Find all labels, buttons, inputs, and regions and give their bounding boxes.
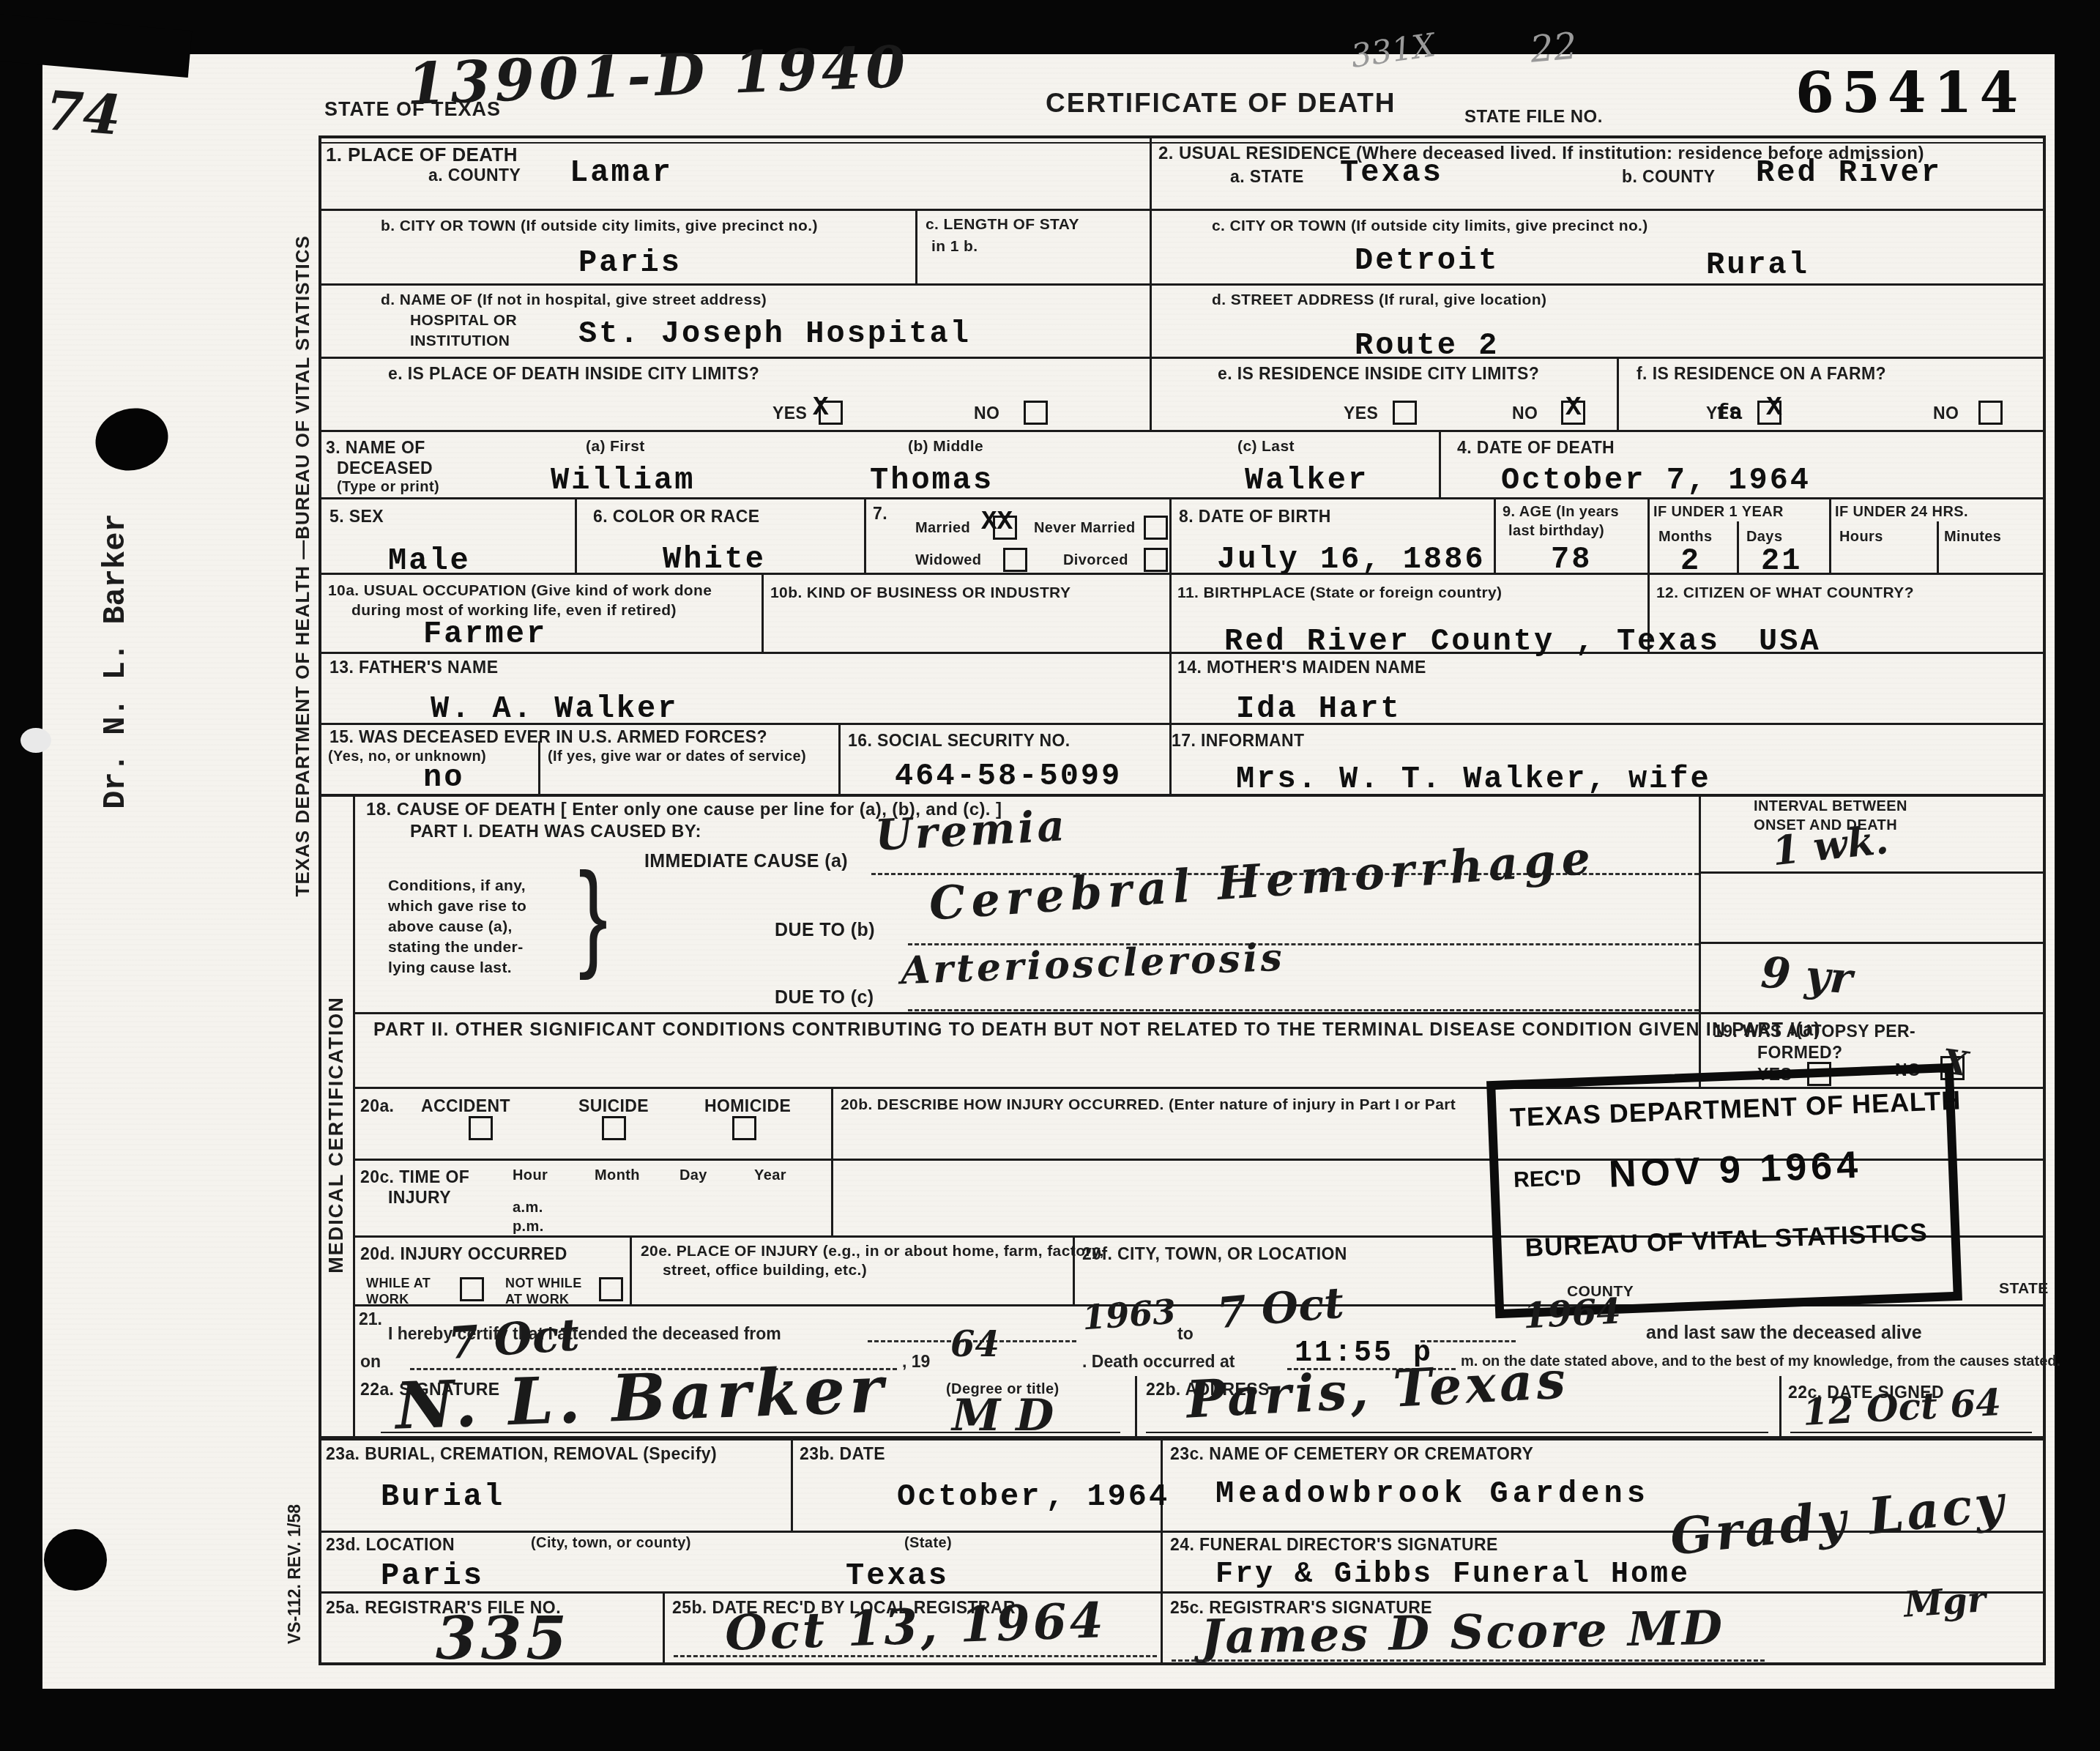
sec2-farm-overtype: fa — [1716, 401, 1743, 426]
sec9-age-value: 78 — [1551, 542, 1592, 577]
sec2-rural-value: Rural — [1706, 248, 1809, 283]
physician-degree: M D — [952, 1390, 1054, 1441]
sec1-stay-label2: in 1 b. — [931, 238, 978, 256]
sec1-limits-label: e. IS PLACE OF DEATH INSIDE CITY LIMITS? — [388, 364, 759, 384]
sec10a-value: Farmer — [423, 617, 547, 652]
sec23c-label: 23c. NAME OF CEMETERY OR CREMATORY — [1170, 1444, 1533, 1464]
sec3-label2: DECEASED — [337, 458, 433, 478]
sec23b-label: 23b. DATE — [800, 1444, 885, 1464]
sec12-value: USA — [1759, 624, 1821, 659]
sec20e-label1: 20e. PLACE OF INJURY (e.g., in or about … — [641, 1243, 1104, 1260]
sec5-value: Male — [388, 543, 471, 579]
checkbox-while-at-work — [460, 1277, 484, 1301]
sec13-value: W. A. Walker — [431, 691, 678, 726]
sec1-city-value: Paris — [578, 245, 682, 280]
sec20d-label: 20d. INJURY OCCURRED — [360, 1244, 567, 1264]
sec20a-label: 20a. — [360, 1096, 394, 1116]
stamp-line3: BUREAU OF VITAL STATISTICS — [1524, 1218, 1928, 1263]
sec5-label: 5. SEX — [329, 507, 384, 527]
sec9-minutes-label: Minutes — [1944, 529, 2001, 546]
checkbox-suicide — [602, 1116, 626, 1140]
header-title: CERTIFICATE OF DEATH — [1046, 88, 1396, 119]
sec1-no-label: NO — [974, 404, 999, 423]
sec20e-label2: street, office building, etc.) — [663, 1262, 867, 1279]
rule-v — [663, 1591, 665, 1662]
sec20c-label1: 20c. TIME OF — [360, 1167, 469, 1187]
sec2-city-value: Detroit — [1355, 243, 1499, 278]
sec20a-accident-label: ACCIDENT — [421, 1096, 510, 1116]
sec23d-state-value: Texas — [846, 1558, 949, 1594]
funeral-home-name: Fry & Gibbs Funeral Home — [1215, 1558, 1690, 1591]
sec1-hospital-label3: INSTITUTION — [410, 332, 510, 350]
rule-v — [353, 794, 355, 1436]
sec7-widowed-label: Widowed — [915, 552, 981, 569]
rule-v — [1494, 497, 1496, 573]
registrar-file-no: 335 — [436, 1604, 571, 1673]
sec9-days-value: 21 — [1761, 543, 1802, 579]
sec4-value: October 7, 1964 — [1501, 463, 1811, 498]
sec6-value: White — [663, 542, 766, 577]
rule-v — [864, 497, 866, 573]
sec7-label: 7. — [873, 504, 887, 524]
checkmark-res-limits-no: X — [1565, 393, 1582, 423]
rule-h — [319, 794, 2044, 797]
sec2-county-label: b. COUNTY — [1622, 167, 1716, 187]
sec21-line2b: , 19 — [902, 1352, 930, 1372]
sec15-label: 15. WAS DECEASED EVER IN U.S. ARMED FORC… — [329, 727, 767, 747]
sec2-farm-no-label: NO — [1933, 404, 1959, 423]
margin-department-vertical: TEXAS DEPARTMENT OF HEALTH —BUREAU OF VI… — [291, 341, 314, 897]
checkbox-farm-no — [1978, 401, 2003, 425]
sec16-value: 464-58-5099 — [895, 759, 1122, 794]
rule-v — [1699, 794, 1701, 1087]
sec10b-label: 10b. KIND OF BUSINESS OR INDUSTRY — [770, 584, 1071, 602]
rule-v — [791, 1436, 793, 1531]
rule-h — [1146, 1432, 1768, 1433]
sec20c-day-label: Day — [679, 1167, 707, 1184]
sec1-county-value: Lamar — [570, 155, 673, 190]
checkmark-married: XX — [981, 507, 1013, 537]
sec21-line1b: and last saw the deceased alive — [1646, 1323, 1922, 1344]
sec20f-state-label: STATE — [1999, 1280, 2049, 1298]
sec2-farm-label: f. IS RESIDENCE ON A FARM? — [1637, 364, 1886, 384]
rule-h — [353, 1012, 2044, 1014]
rule-h — [319, 283, 2044, 286]
rule-h — [319, 357, 2044, 359]
sec20c-am-label: a.m. — [513, 1200, 543, 1216]
state-file-number: 65414 — [1795, 60, 2025, 125]
rule-v — [1439, 430, 1441, 497]
sec19-label1: 19. WAS AUTOPSY PER- — [1713, 1022, 1915, 1041]
sec18-part1: PART I. DEATH WAS CAUSED BY: — [410, 822, 701, 842]
rule-h — [1699, 871, 2044, 874]
rule-h — [319, 1591, 2044, 1594]
sec20a-suicide-label: SUICIDE — [578, 1096, 649, 1116]
sec13-label: 13. FATHER'S NAME — [329, 658, 498, 677]
checkbox-widowed — [1003, 548, 1027, 572]
sec3-last-value: Walker — [1245, 463, 1369, 498]
rule-v — [319, 135, 321, 1665]
sec1-yes-label: YES — [772, 404, 807, 423]
rule-v — [838, 723, 841, 794]
sec3-label3: (Type or print) — [337, 479, 439, 496]
rule-h — [381, 1432, 1120, 1433]
rule-v — [1937, 521, 1939, 573]
funeral-director-title: Mgr — [1902, 1579, 1987, 1626]
sec23d-sub2: (State) — [904, 1535, 952, 1552]
rule-v — [575, 497, 577, 573]
rule-h — [1790, 1432, 2032, 1433]
sec1-hospital-value: St. Joseph Hospital — [578, 316, 971, 352]
sec1-hospital-label2: HOSPITAL OR — [410, 312, 517, 330]
header-file-label: STATE FILE NO. — [1464, 107, 1603, 127]
sec14-label: 14. MOTHER'S MAIDEN NAME — [1177, 658, 1426, 677]
rule-v — [762, 573, 764, 652]
sec2-state-value: Texas — [1340, 155, 1443, 190]
rule-dashed — [1172, 1659, 1765, 1662]
sec15-sub2: (If yes, give war or dates of service) — [548, 748, 806, 765]
sec3-middle-value: Thomas — [870, 463, 994, 498]
sec20c-pm-label: p.m. — [513, 1219, 544, 1235]
sec17-value: Mrs. W. T. Walker, wife — [1236, 762, 1711, 797]
sec18-cond3: above cause (a), — [388, 918, 513, 936]
sec21-year3: 64 — [950, 1324, 999, 1365]
checkmark-farm-yes: X — [1766, 393, 1782, 423]
sec20c-year-label: Year — [754, 1167, 786, 1184]
rule-h — [319, 209, 2044, 211]
sec2-yes-label: YES — [1344, 404, 1378, 423]
film-edge-bottom — [0, 1689, 2100, 1751]
rule-h — [319, 135, 2044, 138]
sec21-number: 21. — [359, 1309, 382, 1329]
rule-v — [630, 1235, 632, 1304]
rule-v — [538, 741, 540, 794]
sec21-date2: 7 Oct — [447, 1309, 581, 1369]
checkbox-accident — [469, 1116, 493, 1140]
sec23b-value2: , 1964 — [1046, 1479, 1169, 1514]
sec18-part2: PART II. OTHER SIGNIFICANT CONDITIONS CO… — [373, 1019, 1821, 1041]
sec20f-label: 20f. CITY, TOWN, OR LOCATION — [1082, 1244, 1347, 1264]
sec21-year1: 1963 — [1081, 1292, 1177, 1338]
sec18-immediate-label: IMMEDIATE CAUSE (a) — [644, 851, 848, 872]
film-edge-right — [2055, 0, 2100, 1751]
checkbox-place-limits-no — [1024, 401, 1048, 425]
sec21-to: to — [1177, 1324, 1194, 1344]
sec9-under24-label: IF UNDER 24 HRS. — [1835, 504, 1968, 521]
sec23d-label: 23d. LOCATION — [326, 1535, 455, 1555]
rule-h — [319, 430, 2044, 432]
sec20b-label: 20b. DESCRIBE HOW INJURY OCCURRED. (Ente… — [841, 1096, 1456, 1114]
rule-v — [1150, 135, 1152, 430]
registrar-signature: James D Score MD — [1200, 1601, 1724, 1665]
cemetery-name: Meadowbrook Gardens — [1215, 1476, 1650, 1512]
rule-v — [831, 1087, 833, 1235]
sec18-cond5: lying cause last. — [388, 959, 512, 977]
ink-blob-bottom — [44, 1529, 107, 1591]
sec19-label2: FORMED? — [1757, 1043, 1843, 1063]
checkmark-place-limits-yes: X — [813, 393, 829, 423]
sec11-value: Red River County , Texas — [1224, 624, 1720, 659]
sec15-value: no — [423, 760, 464, 795]
stamp-line1: TEXAS DEPARTMENT OF HEALTH — [1509, 1085, 1962, 1134]
rule-h — [319, 1662, 2044, 1665]
checkbox-homicide — [732, 1116, 756, 1140]
rule-v — [1737, 521, 1739, 573]
sec18-cond4: stating the under- — [388, 939, 524, 956]
sec9-label1: 9. AGE (In years — [1503, 504, 1619, 521]
rule-v — [2043, 135, 2046, 1665]
sec3-first-label: (a) First — [586, 438, 645, 456]
sec24-label: 24. FUNERAL DIRECTOR'S SIGNATURE — [1170, 1535, 1498, 1555]
conditions-brace: } — [578, 847, 608, 983]
rule-h — [1699, 942, 2044, 944]
margin-page-number: 74 — [43, 80, 123, 148]
sec3-first-value: William — [551, 463, 695, 498]
sec7-married-label: Married — [915, 520, 970, 537]
sec16-label: 16. SOCIAL SECURITY NO. — [848, 731, 1071, 751]
sec9-months-value: 2 — [1680, 543, 1701, 579]
margin-doctor-name: Dr. N. L. Barker — [98, 493, 133, 830]
sec18-due-c-label: DUE TO (c) — [775, 987, 874, 1008]
sec23d-sub1: (City, town, or county) — [531, 1535, 691, 1552]
rule-v — [1135, 1376, 1137, 1436]
sec3-label1: 3. NAME OF — [326, 438, 425, 458]
rule-v — [915, 210, 917, 283]
sec18-due-b-label: DUE TO (b) — [775, 920, 875, 941]
sec4-label: 4. DATE OF DEATH — [1457, 438, 1615, 458]
checkbox-not-while-at-work — [599, 1277, 623, 1301]
rule-v — [1829, 497, 1831, 573]
sec18-cond2: which gave rise to — [388, 898, 526, 915]
rule-dashed — [1421, 1340, 1516, 1342]
sec23a-value: Burial — [381, 1479, 504, 1514]
sec2-street-value: Route 2 — [1355, 328, 1499, 363]
sec1-stay-label: c. LENGTH OF STAY — [926, 216, 1079, 234]
checkbox-divorced — [1144, 548, 1168, 572]
sec1-hospital-label: d. NAME OF (If not in hospital, give str… — [381, 291, 767, 309]
sec3-middle-label: (b) Middle — [908, 438, 983, 456]
sec21-line2a: on — [360, 1352, 381, 1372]
checkbox-never-married — [1144, 516, 1168, 540]
header-pencil-right: 22 — [1529, 24, 1579, 70]
sec20d-while2: WORK — [366, 1292, 409, 1307]
sec2-state-label: a. STATE — [1230, 167, 1304, 187]
sec2-limits-label: e. IS RESIDENCE INSIDE CITY LIMITS? — [1218, 364, 1539, 384]
sec9-under1-label: IF UNDER 1 YEAR — [1653, 504, 1784, 521]
film-edge-left — [0, 0, 42, 1751]
sec7-never-label: Never Married — [1034, 520, 1136, 537]
sec8-value: July 16, 1886 — [1217, 542, 1486, 577]
rule-v — [1161, 1436, 1163, 1662]
rule-dashed — [674, 1655, 1157, 1657]
sec11-label: 11. BIRTHPLACE (State or foreign country… — [1177, 584, 1502, 602]
sec17-label: 17. INFORMANT — [1172, 731, 1305, 751]
rule-v — [1617, 357, 1619, 430]
stamp-recd: REC'D — [1513, 1166, 1582, 1194]
sec14-value: Ida Hart — [1236, 691, 1401, 726]
sec1-title: 1. PLACE OF DEATH — [326, 144, 518, 166]
film-edge-top — [0, 0, 2100, 54]
received-stamp: TEXAS DEPARTMENT OF HEALTH REC'D NOV 9 1… — [1486, 1063, 1962, 1318]
sec9-hours-label: Hours — [1839, 529, 1883, 546]
sec9-label2: last birthday) — [1508, 523, 1604, 540]
sec3-last-label: (c) Last — [1237, 438, 1295, 456]
film-speck — [21, 728, 51, 753]
sec21-year2: 1964 — [1522, 1291, 1622, 1337]
rule-dashed — [908, 1009, 1699, 1011]
sec12-label: 12. CITIZEN OF WHAT COUNTRY? — [1656, 584, 1914, 602]
rule-v — [1779, 1376, 1781, 1436]
sec20d-notwhile2: AT WORK — [505, 1292, 569, 1307]
margin-medical-certification-vertical: MEDICAL CERTIFICATION — [325, 930, 348, 1340]
sec23a-label: 23a. BURIAL, CREMATION, REMOVAL (Specify… — [326, 1444, 717, 1464]
sec20a-homicide-label: HOMICIDE — [704, 1096, 791, 1116]
checkbox-res-limits-yes — [1393, 401, 1417, 425]
sec1-county-label: a. COUNTY — [428, 166, 521, 185]
sec20d-notwhile1: NOT WHILE — [505, 1276, 582, 1291]
sec20c-hour-label: Hour — [513, 1167, 548, 1184]
interval-c-value: 9 yr — [1760, 948, 1854, 1004]
sec10a-label1: 10a. USUAL OCCUPATION (Give kind of work… — [328, 582, 712, 600]
sec20c-label2: INJURY — [388, 1188, 451, 1208]
sec2-county-value: Red River — [1756, 155, 1942, 190]
sec2-no-label: NO — [1512, 404, 1538, 423]
sec6-label: 6. COLOR OR RACE — [593, 507, 759, 527]
sec7-divorced-label: Divorced — [1063, 552, 1128, 569]
sec18-cond1: Conditions, if any, — [388, 877, 526, 895]
sec20c-month-label: Month — [595, 1167, 640, 1184]
margin-form-code-vertical: VS-112. REV. 1/58 — [285, 1457, 305, 1692]
sec1-city-label: b. CITY OR TOWN (If outside city limits,… — [381, 218, 818, 235]
sec23b-value: October — [897, 1479, 1041, 1514]
stamp-date: NOV 9 1964 — [1608, 1143, 1863, 1197]
sec18-cause-a: Uremia — [874, 800, 1068, 860]
death-certificate-scan: 74 Dr. N. L. Barker TEXAS DEPARTMENT OF … — [0, 0, 2100, 1751]
sec2-city-label: c. CITY OR TOWN (If outside city limits,… — [1212, 218, 1648, 235]
sec2-street-label: d. STREET ADDRESS (If rural, give locati… — [1212, 291, 1546, 309]
sec20d-while1: WHILE AT — [366, 1276, 431, 1291]
interval-label1: INTERVAL BETWEEN — [1754, 798, 1907, 815]
sec23d-city-value: Paris — [381, 1558, 484, 1594]
sec8-label: 8. DATE OF BIRTH — [1179, 507, 1331, 527]
